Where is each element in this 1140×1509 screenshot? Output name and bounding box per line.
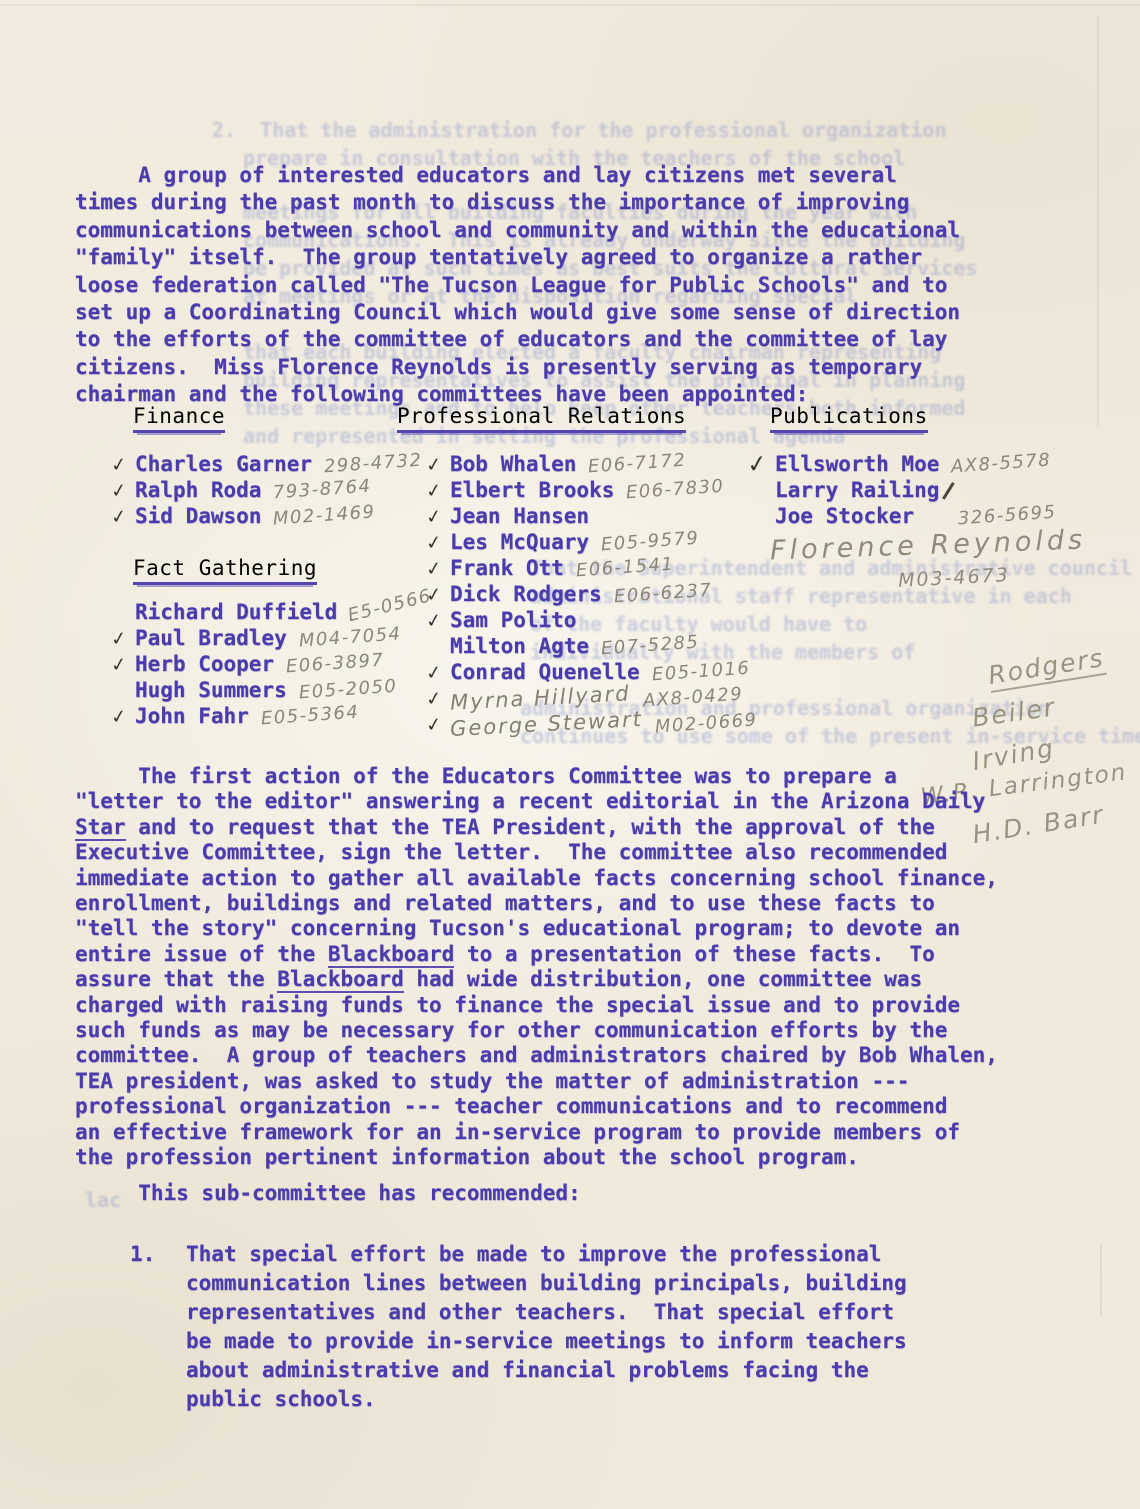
typed-text: "tell the story" concerning Tucson's edu… (75, 916, 960, 940)
paragraph-2: The first action of the Educators Commit… (75, 764, 998, 1171)
handwritten-phone: AX8-0429 (642, 684, 744, 712)
typed-line: charged with raising funds to finance th… (75, 993, 998, 1018)
typed-line: times during the past month to discuss t… (75, 189, 960, 216)
typed-text: loose federation called "The Tucson Leag… (75, 273, 947, 297)
checkmark-icon: ✓ (110, 705, 129, 729)
typed-line: the profession pertinent information abo… (75, 1145, 998, 1170)
member-name: Bob Whalen (450, 452, 576, 476)
typed-text: about administrative and financial probl… (186, 1358, 869, 1382)
handwritten-phone: E07-5285 (600, 632, 700, 660)
checkmark-icon: ✓ (110, 627, 129, 651)
member-name: Joe Stocker (775, 504, 914, 528)
committee-title-publications: Publications (770, 404, 928, 433)
typed-text: That special effort be made to improve t… (186, 1242, 881, 1266)
handwritten-name: Florence Reynolds (770, 524, 1087, 566)
checkmark-icon: ✓ (425, 479, 444, 503)
professional-relations-members: ✓Bob WhalenE06-7172✓Elbert BrooksE06-783… (420, 452, 758, 738)
typed-line: committee. A group of teachers and admin… (75, 1043, 998, 1068)
typed-line: set up a Coordinating Council which woul… (75, 299, 960, 326)
recommendation-item-number: 1. (130, 1240, 155, 1269)
member-name: Ralph Roda (135, 478, 261, 502)
committee-member-row: ✓Ellsworth MoeAX8-5578 (745, 452, 1057, 478)
typed-line: representatives and other teachers. That… (186, 1298, 907, 1327)
handwritten-phone: 793-8764 (273, 476, 373, 504)
handwritten-phone: E05-1016 (651, 658, 751, 686)
paper-crease (1097, 16, 1099, 426)
typed-line: communication lines between building pri… (186, 1269, 907, 1298)
typed-text: such funds as may be necessary for other… (75, 1018, 947, 1042)
member-name: Sid Dawson (135, 504, 261, 528)
finance-members: ✓Charles Garner298-4732✓Ralph Roda793-87… (105, 452, 423, 530)
typed-text: TEA president, was asked to study the ma… (75, 1069, 909, 1093)
typed-line: entire issue of the Blackboard to a pres… (75, 942, 998, 967)
committee-member-row: Hugh SummersE05-2050 (105, 678, 435, 704)
typed-line: "letter to the editor" answering a recen… (75, 789, 998, 814)
bleedthrough-text: 2. That the administration for the profe… (212, 118, 947, 142)
handwritten-phone: E05-9579 (600, 528, 700, 556)
checkmark-icon: ✓ (110, 479, 129, 503)
committee-member-row: Milton AgteE07-5285 (420, 634, 758, 660)
handwritten-member-name: George Stewart (450, 707, 644, 741)
checkmark-icon: ✓ (425, 453, 444, 477)
typed-text: A group of interested educators and lay … (75, 163, 897, 187)
checkmark-icon: ✓ (425, 531, 444, 555)
member-name: Milton Agte (450, 634, 589, 658)
checkmark-icon: ✓ (425, 557, 444, 581)
publications-members: ✓Ellsworth MoeAX8-5578Larry RailingJoe S… (745, 452, 1057, 530)
checkmark-icon: ✓ (745, 449, 769, 480)
typed-text: enrollment, buildings and related matter… (75, 891, 935, 915)
document-page: 2. That the administration for the profe… (0, 0, 1140, 1509)
scan-edge (0, 4, 1140, 6)
paragraph-1: A group of interested educators and lay … (75, 162, 960, 409)
underlined-text: Blackboard (328, 942, 454, 968)
typed-text: assure that the (75, 967, 277, 991)
paper-crease (1100, 1244, 1102, 1316)
handwritten-phone: E06-6237 (613, 580, 713, 608)
handwritten-phone: M02-0669 (654, 709, 758, 737)
typed-text: Executive Committee, sign the letter. Th… (75, 840, 947, 864)
member-name: Elbert Brooks (450, 478, 614, 502)
member-name: John Fahr (135, 704, 249, 728)
typed-line: to the efforts of the committee of educa… (75, 326, 960, 353)
typed-line: "tell the story" concerning Tucson's edu… (75, 916, 998, 941)
handwritten-phone: M04-7054 (298, 623, 402, 651)
typed-text: had wide distribution, one committee was (404, 967, 922, 991)
typed-line: "family" itself. The group tentatively a… (75, 244, 960, 271)
committee-member-row: ✓Sam Polito (420, 608, 758, 634)
committee-member-row: ✓Frank OttE06-1541 (420, 556, 758, 582)
member-name: Conrad Quenelle (450, 660, 640, 684)
member-name: Hugh Summers (135, 678, 287, 702)
typed-text: representatives and other teachers. That… (186, 1300, 894, 1324)
typed-text: an effective framework for an in-service… (75, 1120, 960, 1144)
committee-member-row: ✓Sid DawsonM02-1469 (105, 504, 423, 530)
checkmark-icon: ✓ (110, 653, 129, 677)
typed-text: "letter to the editor" answering a recen… (75, 789, 985, 813)
committee-member-row: ✓Bob WhalenE06-7172 (420, 452, 758, 478)
typed-text: "family" itself. The group tentatively a… (75, 245, 922, 269)
typed-line: be made to provide in-service meetings t… (186, 1327, 907, 1356)
committee-member-row: ✓Les McQuaryE05-9579 (420, 530, 758, 556)
checkmark-icon: ✓ (425, 505, 444, 529)
committee-member-row: ✓Myrna HillyardAX8-0429 (420, 686, 758, 712)
typed-line: This sub-committee has recommended: (75, 1180, 581, 1207)
typed-line: Star and to request that the TEA Preside… (75, 815, 998, 840)
typed-text: to the efforts of the committee of educa… (75, 327, 947, 351)
handwritten-phone: E06-7830 (626, 476, 726, 504)
item-number: 1. (130, 1242, 155, 1266)
committee-member-row: ✓Paul BradleyM04-7054 (105, 626, 435, 652)
typed-text: citizens. Miss Florence Reynolds is pres… (75, 355, 922, 379)
typed-text: committee. A group of teachers and admin… (75, 1043, 998, 1067)
fact-gathering-members: Richard DuffieldE5-0566✓Paul BradleyM04-… (105, 600, 435, 730)
typed-line: such funds as may be necessary for other… (75, 1018, 998, 1043)
underlined-text: Star (75, 815, 126, 841)
committee-member-row: Larry Railing (745, 478, 1057, 504)
typed-line: public schools. (186, 1385, 907, 1414)
member-name: Richard Duffield (135, 600, 337, 624)
member-name: Les McQuary (450, 530, 589, 554)
underlined-text: Blackboard (277, 967, 403, 993)
typed-line: citizens. Miss Florence Reynolds is pres… (75, 354, 960, 381)
typed-text: professional organization --- teacher co… (75, 1094, 947, 1118)
margin-note: Rodgers (986, 643, 1107, 693)
typed-line: TEA president, was asked to study the ma… (75, 1069, 998, 1094)
typed-text: charged with raising funds to finance th… (75, 993, 960, 1017)
typed-text: be made to provide in-service meetings t… (186, 1329, 907, 1353)
recommendations-intro: This sub-committee has recommended: (75, 1180, 581, 1207)
committee-member-row: ✓Elbert BrooksE06-7830 (420, 478, 758, 504)
typed-line: The first action of the Educators Commit… (75, 764, 998, 789)
committee-member-row: ✓Jean Hansen (420, 504, 758, 530)
member-name: Ellsworth Moe (775, 452, 939, 476)
member-name: Herb Cooper (135, 652, 274, 676)
typed-line: That special effort be made to improve t… (186, 1240, 907, 1269)
handwritten-phone: E06-7172 (588, 450, 688, 478)
typed-text: This sub-committee has recommended: (75, 1181, 581, 1205)
typed-line: professional organization --- teacher co… (75, 1094, 998, 1119)
typed-text: chairman and the following committees ha… (75, 382, 808, 406)
member-name: Frank Ott (450, 556, 564, 580)
committee-member-row: ✓George StewartM02-0669 (420, 712, 758, 738)
typed-line: enrollment, buildings and related matter… (75, 891, 998, 916)
typed-text: The first action of the Educators Commit… (75, 764, 897, 788)
committee-member-row: ✓Dick RodgersE06-6237 (420, 582, 758, 608)
handwritten-phone: E5-0566 (346, 585, 434, 626)
typed-text: to a presentation of these facts. To (454, 942, 934, 966)
committee-member-row: Joe Stocker326-5695 (745, 504, 1057, 530)
member-name: Charles Garner (135, 452, 312, 476)
typed-text: and to request that the TEA President, w… (126, 815, 935, 839)
committee-member-row: ✓John FahrE05-5364 (105, 704, 435, 730)
committee-member-row: ✓Charles Garner298-4732 (105, 452, 423, 478)
member-name: Sam Polito (450, 608, 576, 632)
checkmark-icon: ✓ (110, 505, 129, 529)
typed-line: an effective framework for an in-service… (75, 1120, 998, 1145)
committee-title-finance: Finance (133, 404, 225, 433)
handwritten-phone: E05-2050 (298, 676, 398, 704)
typed-line: assure that the Blackboard had wide dist… (75, 967, 998, 992)
handwritten-phone: AX8-5578 (951, 450, 1053, 478)
committee-member-row: ✓Ralph Roda793-8764 (105, 478, 423, 504)
committee-member-row: ✓Conrad QuenelleE05-1016 (420, 660, 758, 686)
committee-member-row: ✓Herb CooperE06-3897 (105, 652, 435, 678)
typed-text: times during the past month to discuss t… (75, 190, 909, 214)
typed-line: about administrative and financial probl… (186, 1356, 907, 1385)
typed-text: communication lines between building pri… (186, 1271, 907, 1295)
recommendation-item-1: That special effort be made to improve t… (186, 1240, 907, 1414)
typed-line: A group of interested educators and lay … (75, 162, 960, 189)
pen-mark (942, 482, 955, 500)
committee-title-professional-relations: Professional Relations (397, 404, 686, 433)
typed-text: immediate action to gather all available… (75, 866, 998, 890)
handwritten-phone: E06-1541 (575, 554, 675, 582)
member-name: Jean Hansen (450, 504, 589, 528)
typed-text: public schools. (186, 1387, 376, 1411)
typed-text: entire issue of the (75, 942, 328, 966)
florence-reynolds-note: Florence Reynolds M03-4673 (770, 530, 1086, 587)
committee-member-row: Richard DuffieldE5-0566 (105, 600, 435, 626)
typed-line: immediate action to gather all available… (75, 866, 998, 891)
typed-line: Executive Committee, sign the letter. Th… (75, 840, 998, 865)
member-name: Paul Bradley (135, 626, 287, 650)
typed-line: loose federation called "The Tucson Leag… (75, 272, 960, 299)
committee-title-fact-gathering: Fact Gathering (133, 556, 317, 585)
handwritten-phone: E06-3897 (285, 650, 385, 678)
handwritten-phone: E05-5364 (260, 702, 360, 730)
typed-text: the profession pertinent information abo… (75, 1145, 859, 1169)
handwritten-phone: 298-4732 (323, 450, 423, 478)
handwritten-phone: M02-1469 (273, 501, 377, 529)
checkmark-icon: ✓ (110, 453, 129, 477)
member-name: Dick Rodgers (450, 582, 602, 606)
member-name: Larry Railing (775, 478, 939, 502)
typed-text: communications between school and commun… (75, 218, 960, 242)
typed-line: communications between school and commun… (75, 217, 960, 244)
typed-text: set up a Coordinating Council which woul… (75, 300, 960, 324)
